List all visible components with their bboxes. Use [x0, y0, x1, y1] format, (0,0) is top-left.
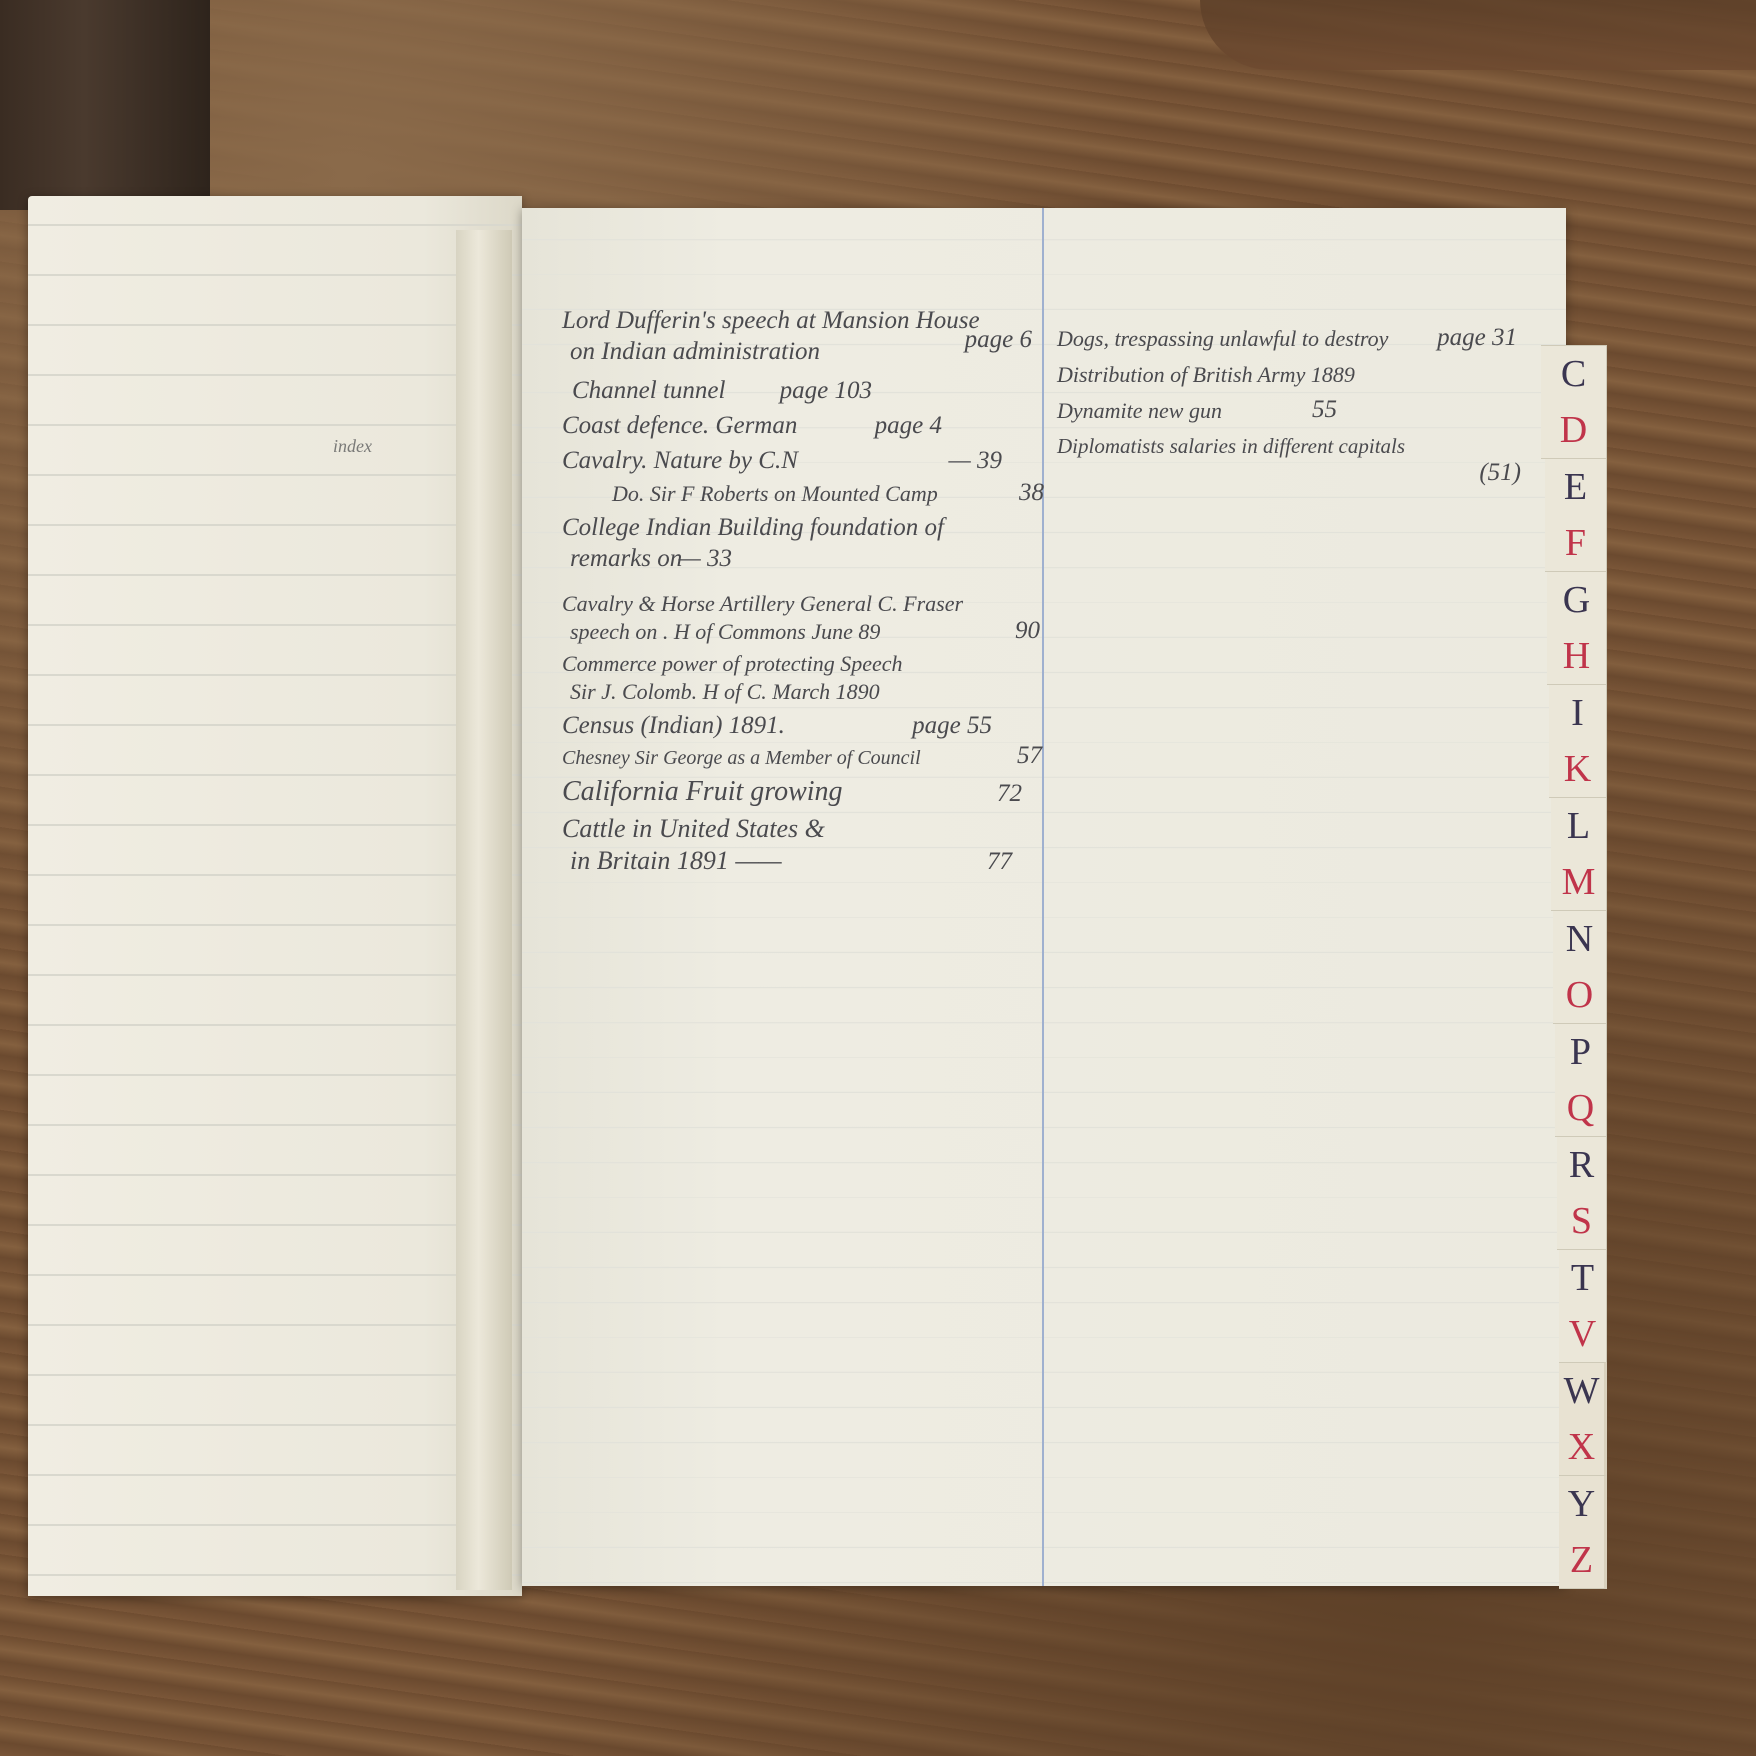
tab-letter: C [1541, 346, 1606, 402]
page-ref: (51) [1479, 460, 1521, 485]
page-ref: 77 [987, 849, 1012, 874]
tab-letter: Q [1555, 1080, 1606, 1136]
page-ref: 38 [1019, 480, 1044, 505]
tab-letter: G [1547, 572, 1606, 628]
right-page: Lord Dufferin's speech at Mansion House … [522, 208, 1566, 1586]
index-entry: Diplomatists salaries in different capit… [1057, 436, 1517, 457]
tab-letter: Y [1559, 1476, 1604, 1532]
index-entry: Distribution of British Army 1889 [1057, 364, 1517, 386]
tab-letter: Z [1559, 1532, 1604, 1588]
page-ref: page 103 [780, 378, 872, 403]
page-ref: page 4 [875, 413, 942, 438]
left-page: index [28, 196, 522, 1596]
page-ref: page 6 [965, 327, 1032, 352]
page-ref: 55 [1312, 397, 1337, 422]
tab-letter: T [1559, 1250, 1606, 1306]
page-ref: — 33 [679, 546, 732, 571]
tab-letter: I [1549, 685, 1606, 741]
tab-letter: F [1545, 515, 1606, 571]
thumb-index-tabs: C D E F G H I K L M N O P Q R S T V W X … [1545, 345, 1607, 1588]
leather-cover-edge [1200, 0, 1756, 70]
index-tab-w-x[interactable]: W X [1559, 1362, 1607, 1476]
tab-letter: O [1553, 967, 1606, 1023]
index-entry: California Fruit growing 72 [562, 778, 1032, 806]
index-entry: Dogs, trespassing unlawful to destroy pa… [1057, 328, 1517, 350]
index-tab-l-m[interactable]: L M [1551, 797, 1607, 911]
index-column-c: Lord Dufferin's speech at Mansion House … [562, 308, 1032, 884]
index-tab-g-h[interactable]: G H [1547, 571, 1607, 685]
center-margin-rule [1042, 208, 1044, 1586]
pencil-mark: index [333, 436, 372, 457]
page-ref: page 31 [1437, 325, 1517, 350]
tab-letter: P [1555, 1024, 1606, 1080]
index-tab-n-o[interactable]: N O [1553, 910, 1607, 1024]
index-entry: Channel tunnel page 103 [562, 378, 1032, 403]
tab-letter: W [1559, 1363, 1604, 1419]
index-entry: Chesney Sir George as a Member of Counci… [562, 748, 1032, 768]
index-entry: Cavalry & Horse Artillery General C. Fra… [562, 593, 1032, 643]
index-tab-y-z[interactable]: Y Z [1559, 1475, 1607, 1589]
tab-letter: R [1557, 1137, 1606, 1193]
index-tab-i-k[interactable]: I K [1549, 684, 1607, 798]
index-column-d: Dogs, trespassing unlawful to destroy pa… [1057, 328, 1517, 467]
index-entry: Coast defence. German page 4 [562, 413, 1032, 438]
tab-letter: K [1549, 741, 1606, 797]
index-entry: Commerce power of protecting Speech Sir … [562, 653, 1032, 703]
index-entry: Cattle in United States & in Britain 189… [562, 816, 1032, 874]
tab-letter: H [1547, 628, 1606, 684]
index-entry: Cavalry. Nature by C.N — 39 [562, 448, 1032, 473]
tab-letter: S [1557, 1193, 1606, 1249]
dark-cloth-corner [0, 0, 210, 210]
tab-letter: N [1553, 911, 1606, 967]
index-tab-r-s[interactable]: R S [1557, 1136, 1607, 1250]
page-ref: page 55 [912, 713, 992, 738]
book-gutter [456, 230, 512, 1590]
index-entry: Do. Sir F Roberts on Mounted Camp 38 [562, 483, 1032, 505]
tab-letter: M [1551, 854, 1606, 910]
page-ref: 72 [997, 781, 1022, 806]
index-entry: College Indian Building foundation of re… [562, 515, 1032, 571]
index-entry: Census (Indian) 1891. page 55 [562, 713, 1032, 738]
index-tab-e-f[interactable]: E F [1545, 458, 1607, 572]
tab-letter: L [1551, 798, 1606, 854]
index-tab-c-d[interactable]: C D [1541, 345, 1607, 459]
index-tab-t-v[interactable]: T V [1559, 1249, 1607, 1363]
page-ref: — 39 [949, 448, 1002, 473]
page-ref: 57 [1017, 743, 1042, 768]
tab-letter: V [1559, 1306, 1606, 1362]
tab-letter: X [1559, 1419, 1604, 1475]
tab-letter: D [1541, 402, 1606, 458]
index-entry: Lord Dufferin's speech at Mansion House … [562, 308, 1032, 364]
index-tab-p-q[interactable]: P Q [1555, 1023, 1607, 1137]
page-ref: 90 [1015, 618, 1040, 643]
index-entry: Dynamite new gun 55 [1057, 400, 1517, 422]
tab-letter: E [1545, 459, 1606, 515]
